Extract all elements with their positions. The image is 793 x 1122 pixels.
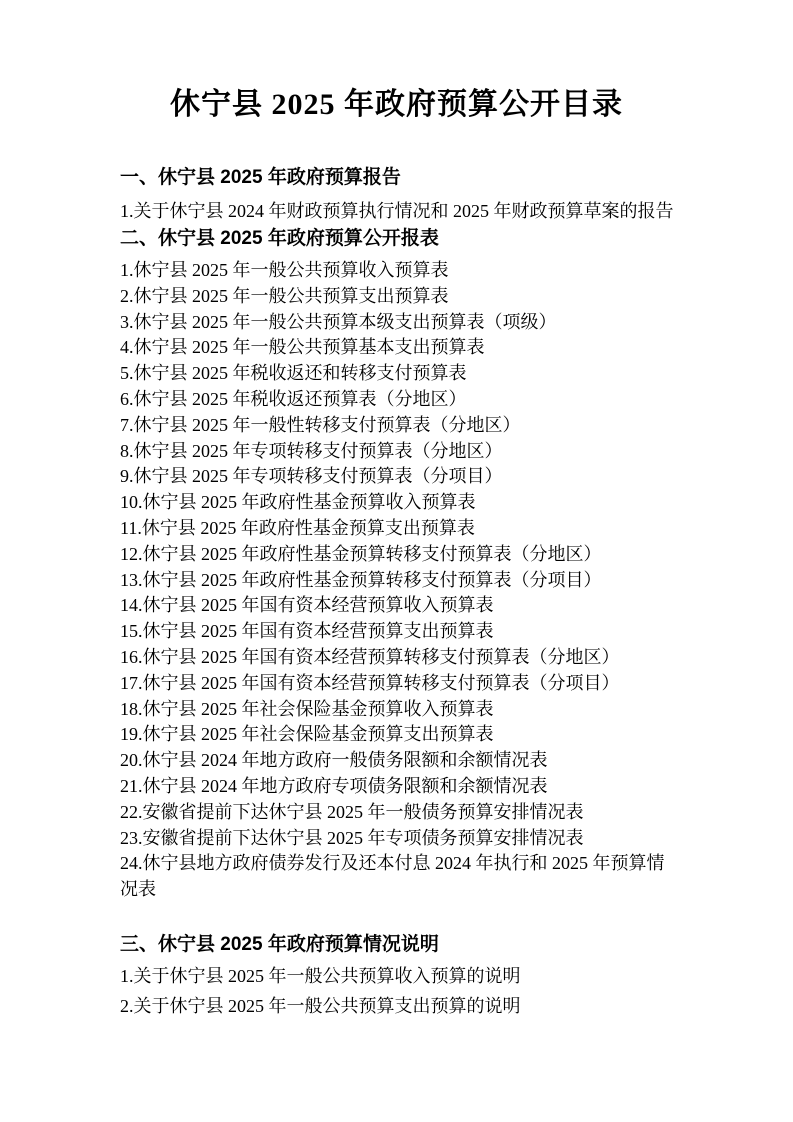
list-item: 23.安徽省提前下达休宁县 2025 年专项债务预算安排情况表: [120, 826, 677, 852]
list-item: 17.休宁县 2025 年国有资本经营预算转移支付预算表（分项目）: [120, 671, 677, 697]
list-item: 2.关于休宁县 2025 年一般公共预算支出预算的说明: [120, 993, 677, 1019]
list-item: 18.休宁县 2025 年社会保险基金预算收入预算表: [120, 697, 677, 723]
list-item: 3.休宁县 2025 年一般公共预算本级支出预算表（项级）: [120, 310, 677, 336]
section-budget-tables: 二、休宁县 2025 年政府预算公开报表 1.休宁县 2025 年一般公共预算收…: [120, 227, 677, 903]
section-1-list: 1.关于休宁县 2024 年财政预算执行情况和 2025 年财政预算草案的报告: [120, 198, 677, 224]
list-item: 7.休宁县 2025 年一般性转移支付预算表（分地区）: [120, 413, 677, 439]
list-item: 5.休宁县 2025 年税收返还和转移支付预算表: [120, 361, 677, 387]
section-3-heading: 三、休宁县 2025 年政府预算情况说明: [120, 933, 677, 957]
list-item: 14.休宁县 2025 年国有资本经营预算收入预算表: [120, 593, 677, 619]
list-item: 13.休宁县 2025 年政府性基金预算转移支付预算表（分项目）: [120, 568, 677, 594]
list-item: 4.休宁县 2025 年一般公共预算基本支出预算表: [120, 335, 677, 361]
list-item: 21.休宁县 2024 年地方政府专项债务限额和余额情况表: [120, 774, 677, 800]
list-item: 19.休宁县 2025 年社会保险基金预算支出预算表: [120, 722, 677, 748]
list-item: 24.休宁县地方政府债券发行及还本付息 2024 年执行和 2025 年预算情况…: [120, 851, 677, 903]
list-item: 9.休宁县 2025 年专项转移支付预算表（分项目）: [120, 464, 677, 490]
list-item: 11.休宁县 2025 年政府性基金预算支出预算表: [120, 516, 677, 542]
list-item: 16.休宁县 2025 年国有资本经营预算转移支付预算表（分地区）: [120, 645, 677, 671]
section-budget-notes: 三、休宁县 2025 年政府预算情况说明 1.关于休宁县 2025 年一般公共预…: [120, 933, 677, 1019]
document-title: 休宁县 2025 年政府预算公开目录: [120, 86, 677, 124]
list-item: 8.休宁县 2025 年专项转移支付预算表（分地区）: [120, 439, 677, 465]
list-item: 2.休宁县 2025 年一般公共预算支出预算表: [120, 284, 677, 310]
section-2-list: 1.休宁县 2025 年一般公共预算收入预算表 2.休宁县 2025 年一般公共…: [120, 258, 677, 903]
list-item: 15.休宁县 2025 年国有资本经营预算支出预算表: [120, 619, 677, 645]
section-1-heading: 一、休宁县 2025 年政府预算报告: [120, 166, 677, 190]
list-item: 1.关于休宁县 2024 年财政预算执行情况和 2025 年财政预算草案的报告: [120, 198, 677, 224]
list-item: 10.休宁县 2025 年政府性基金预算收入预算表: [120, 490, 677, 516]
list-item: 1.关于休宁县 2025 年一般公共预算收入预算的说明: [120, 963, 677, 989]
list-item: 20.休宁县 2024 年地方政府一般债务限额和余额情况表: [120, 748, 677, 774]
document-page: 休宁县 2025 年政府预算公开目录 一、休宁县 2025 年政府预算报告 1.…: [0, 0, 793, 1122]
list-item: 1.休宁县 2025 年一般公共预算收入预算表: [120, 258, 677, 284]
section-2-heading: 二、休宁县 2025 年政府预算公开报表: [120, 227, 677, 251]
section-budget-report: 一、休宁县 2025 年政府预算报告 1.关于休宁县 2024 年财政预算执行情…: [120, 166, 677, 224]
section-3-list: 1.关于休宁县 2025 年一般公共预算收入预算的说明 2.关于休宁县 2025…: [120, 963, 677, 1019]
list-item: 22.安徽省提前下达休宁县 2025 年一般债务预算安排情况表: [120, 800, 677, 826]
list-item: 6.休宁县 2025 年税收返还预算表（分地区）: [120, 387, 677, 413]
list-item: 12.休宁县 2025 年政府性基金预算转移支付预算表（分地区）: [120, 542, 677, 568]
